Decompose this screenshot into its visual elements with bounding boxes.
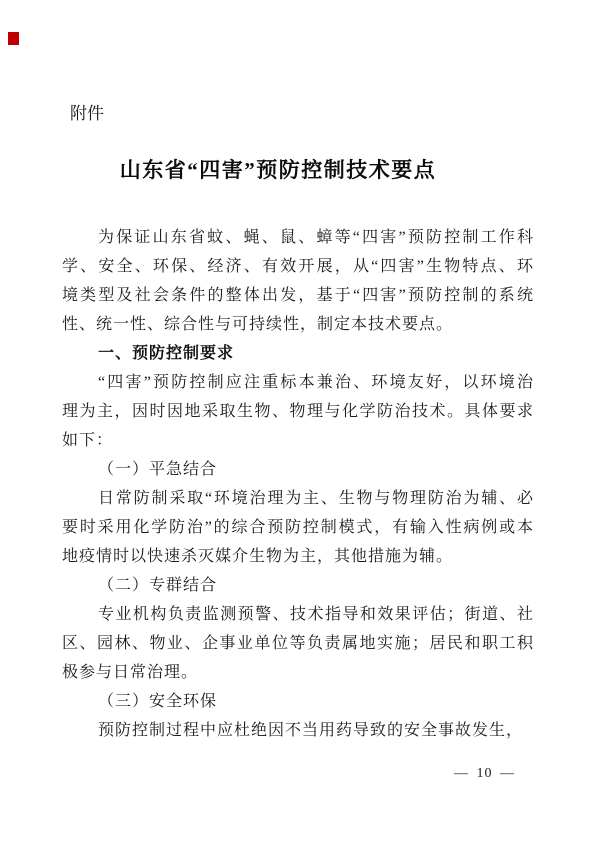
text-line: 预防控制过程中应杜绝因不当用药导致的安全事故发生， xyxy=(62,716,534,745)
intro-paragraph: 为保证山东省蚊、蝇、鼠、蟑等“四害”预防控制工作科学、安全、环保、经济、有效开展… xyxy=(62,223,534,339)
subsection-2-paragraph: 专业机构负责监测预警、技术指导和效果评估；街道、社区、园林、物业、企事业单位等负… xyxy=(62,600,534,687)
text-line: 要时采用化学防治”的综合预防控制模式，有输入性病例或本 xyxy=(62,513,534,542)
text-line: 区、园林、物业、企事业单位等负责属地实施；居民和职工积 xyxy=(62,629,534,658)
text-line: 极参与日常治理。 xyxy=(62,658,534,687)
subsection-1-paragraph: 日常防制采取“环境治理为主、生物与物理防治为辅、必要时采用化学防治”的综合预防控… xyxy=(62,484,534,571)
page-number: — 10 — xyxy=(454,766,515,782)
text-line: 日常防制采取“环境治理为主、生物与物理防治为辅、必 xyxy=(62,484,534,513)
text-line: 学、安全、环保、经济、有效开展，从“四害”生物特点、环 xyxy=(62,252,534,281)
document-title: 山东省“四害”预防控制技术要点 xyxy=(42,155,514,185)
attachment-label: 附件 xyxy=(70,104,104,124)
text-line: 性、统一性、综合性与可持续性，制定本技术要点。 xyxy=(62,310,534,339)
text-line: 境类型及社会条件的整体出发，基于“四害”预防控制的系统 xyxy=(62,281,534,310)
text-line: 地疫情时以快速杀灭媒介生物为主，其他措施为辅。 xyxy=(62,542,534,571)
text-line: 如下： xyxy=(62,426,534,455)
text-line: “四害”预防控制应注重标本兼治、环境友好，以环境治 xyxy=(62,368,534,397)
text-line: 专业机构负责监测预警、技术指导和效果评估；街道、社 xyxy=(62,600,534,629)
subsection-3-heading: （三）安全环保 xyxy=(62,687,534,716)
document-body: 为保证山东省蚊、蝇、鼠、蟑等“四害”预防控制工作科学、安全、环保、经济、有效开展… xyxy=(62,223,534,745)
subsection-3-paragraph: 预防控制过程中应杜绝因不当用药导致的安全事故发生， xyxy=(62,716,534,745)
section-1-intro-paragraph: “四害”预防控制应注重标本兼治、环境友好，以环境治理为主，因时因地采取生物、物理… xyxy=(62,368,534,455)
text-line: 理为主，因时因地采取生物、物理与化学防治技术。具体要求 xyxy=(62,397,534,426)
subsection-2-heading: （二）专群结合 xyxy=(62,571,534,600)
red-marker xyxy=(8,32,19,45)
document-page: 附件 山东省“四害”预防控制技术要点 为保证山东省蚊、蝇、鼠、蟑等“四害”预防控… xyxy=(0,0,595,841)
subsection-1-heading: （一）平急结合 xyxy=(62,455,534,484)
text-line: 为保证山东省蚊、蝇、鼠、蟑等“四害”预防控制工作科 xyxy=(62,223,534,252)
section-1-heading: 一、预防控制要求 xyxy=(62,339,534,368)
